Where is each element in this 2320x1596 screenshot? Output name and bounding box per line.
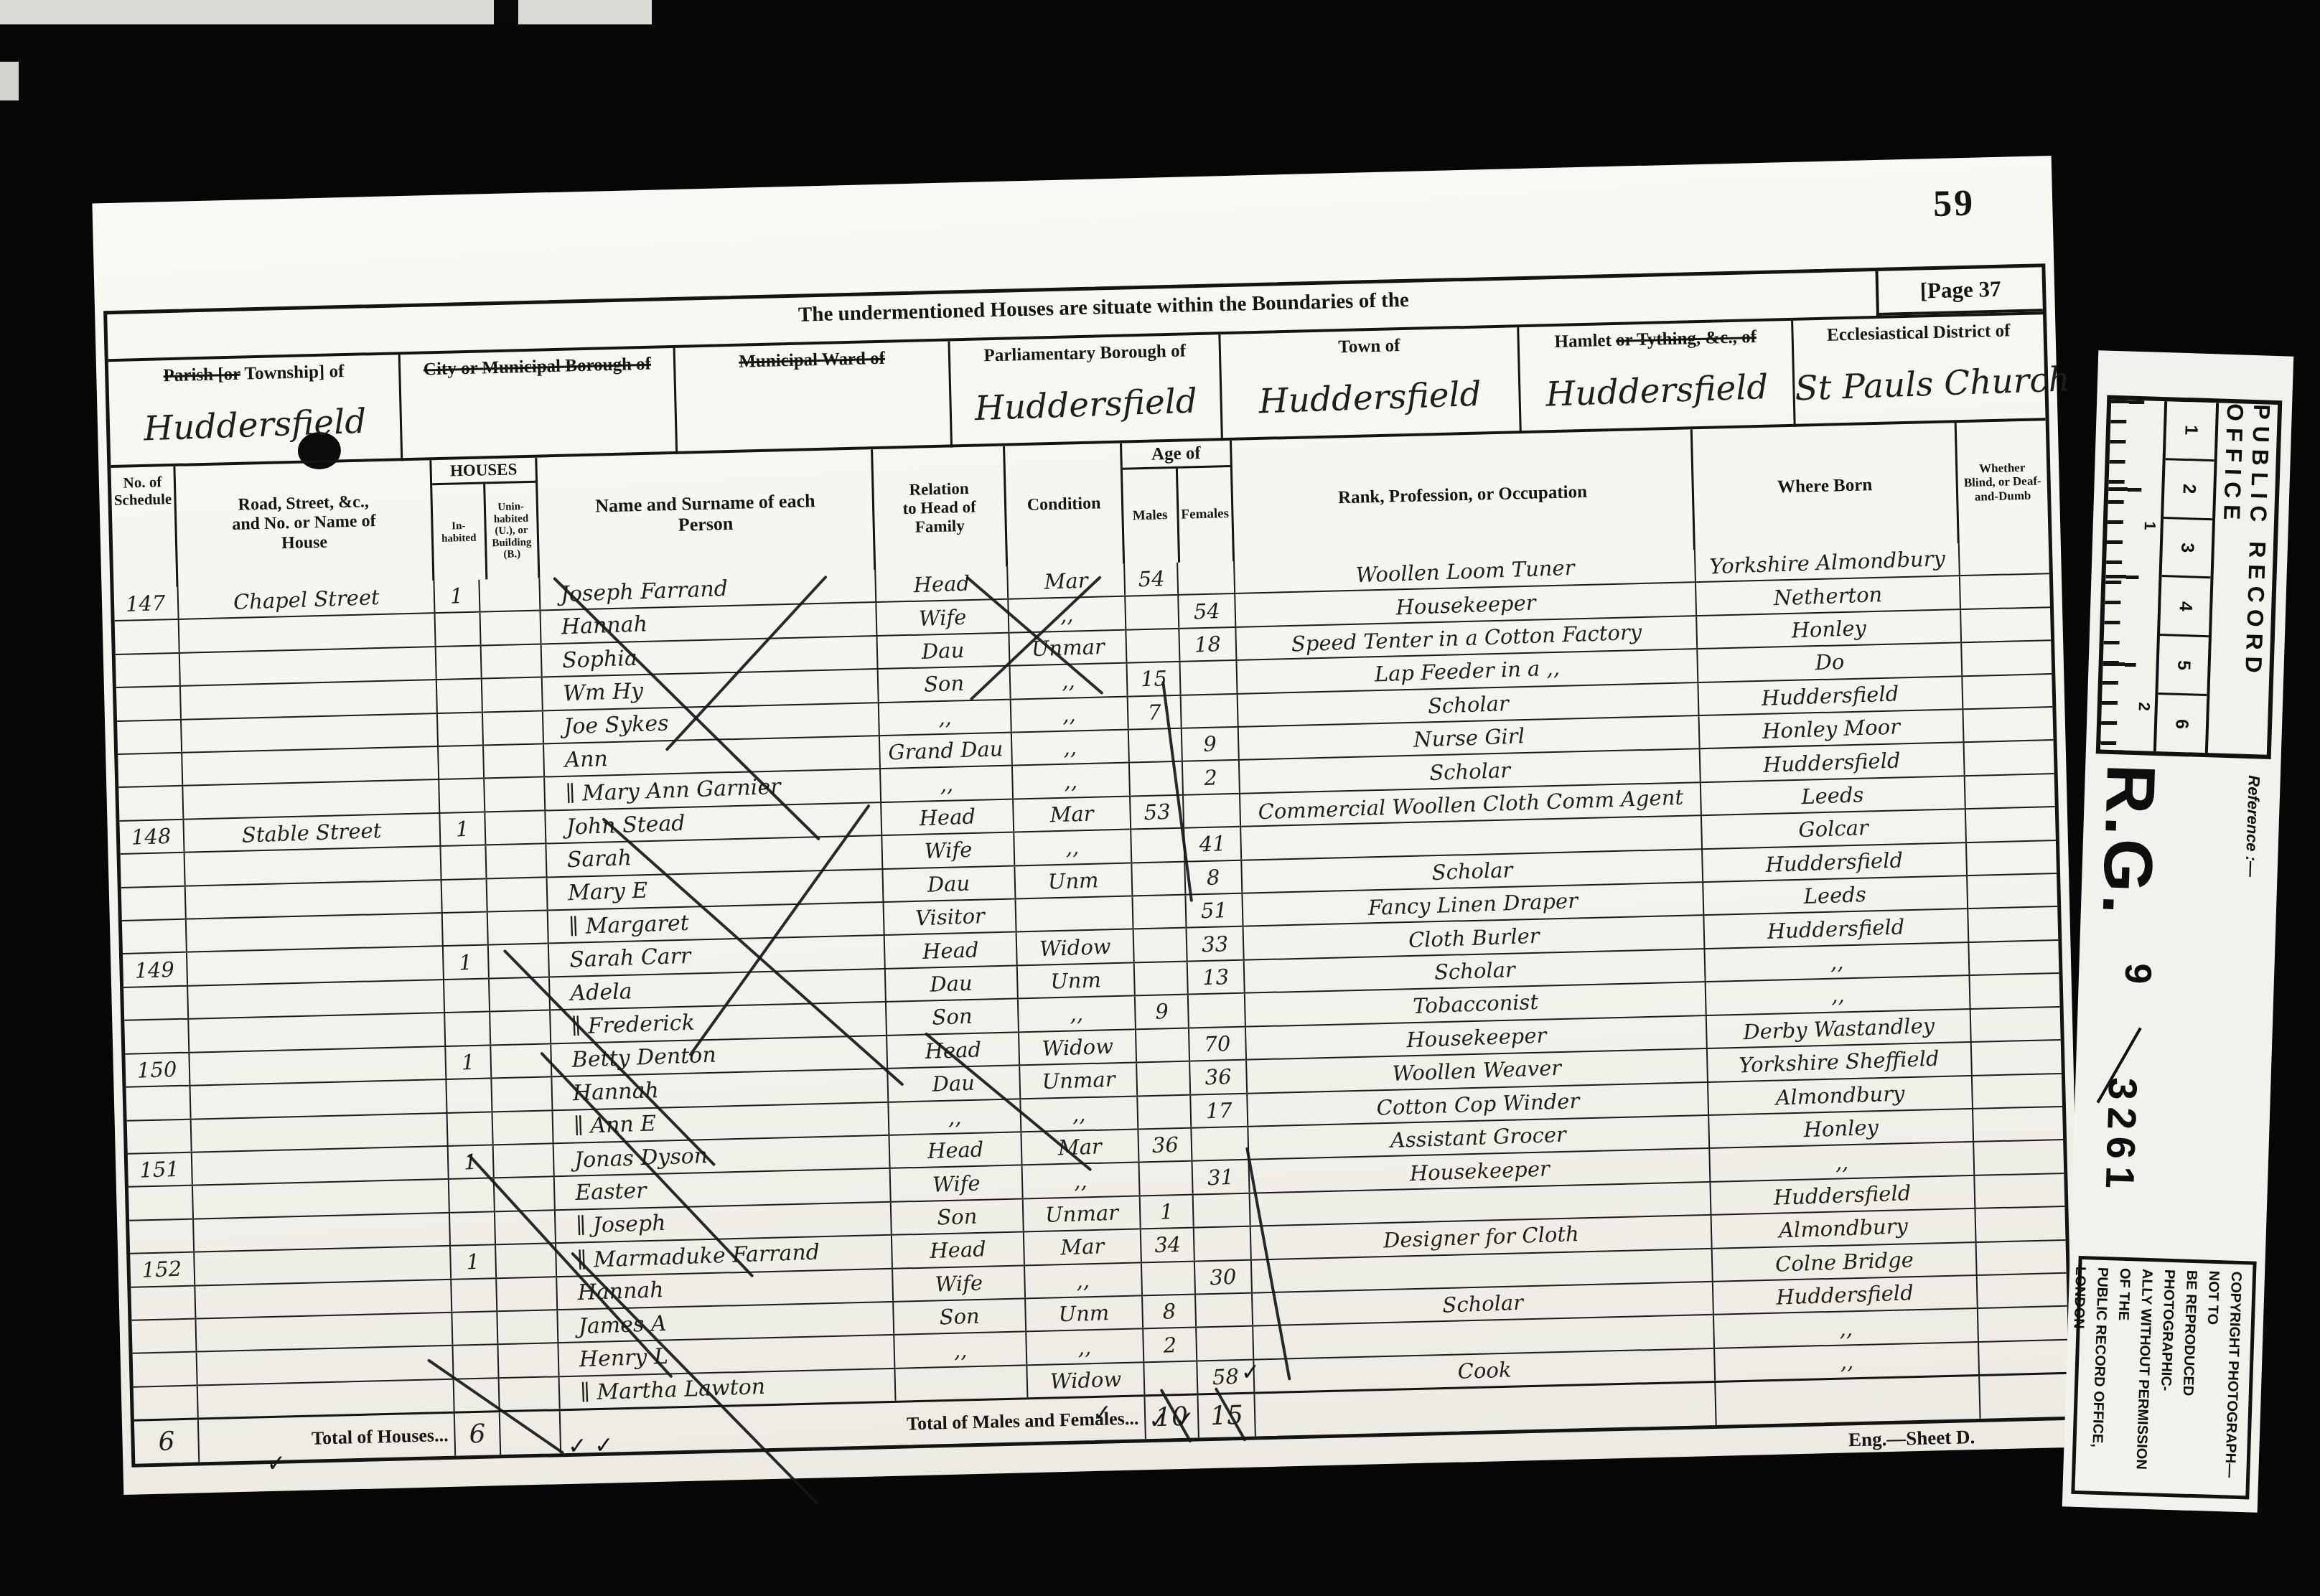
cell-uninhabited bbox=[494, 1144, 555, 1177]
ruler-cell: 4 bbox=[2160, 578, 2211, 638]
cell-schedule bbox=[118, 754, 183, 787]
cell-where_born: Huddersfield bbox=[1713, 1276, 1978, 1314]
totals-blank-occ bbox=[1255, 1383, 1716, 1437]
book-edge-gap bbox=[494, 0, 518, 24]
cell-inhabited: 1 bbox=[451, 1245, 497, 1278]
cell-inhabited: 1 bbox=[440, 812, 486, 845]
cell-where_born: Almondbury bbox=[1708, 1076, 1973, 1114]
cell-where_born: Honley bbox=[1709, 1109, 1974, 1147]
cell-infirm bbox=[1970, 974, 2060, 1008]
pro-office-title: PUBLIC RECORD OFFICE bbox=[2208, 403, 2278, 754]
cell-age_male: 1 bbox=[1141, 1195, 1194, 1228]
check-mark: ✓ bbox=[1240, 1358, 1260, 1386]
ruler-cell: 1 bbox=[2166, 401, 2217, 461]
cell-where_born: ,, bbox=[1714, 1309, 1979, 1347]
cell-age_male bbox=[1126, 629, 1180, 662]
cell-road bbox=[189, 1013, 446, 1051]
cell-relation: Dau bbox=[877, 633, 1010, 668]
copyright-notice: COPYRIGHT PHOTOGRAPH—NOT TOBE REPRODUCED… bbox=[2071, 1256, 2256, 1500]
cell-relation: Head bbox=[885, 933, 1018, 968]
header-relation: Relation to Head of Family bbox=[873, 446, 1008, 570]
cell-uninhabited bbox=[489, 944, 550, 977]
cell-condition: ,, bbox=[1011, 664, 1128, 698]
cell-infirm bbox=[1978, 1307, 2068, 1341]
location-value bbox=[676, 388, 949, 397]
location-value: Huddersfield bbox=[1520, 367, 1794, 416]
cell-age_female: 8 bbox=[1185, 860, 1243, 893]
cell-uninhabited bbox=[490, 1011, 551, 1044]
header-uninhabited: Unin- habited (U.), or Building (B.) bbox=[483, 483, 538, 580]
ruler-ticks: 12 bbox=[2100, 400, 2167, 751]
cell-schedule bbox=[133, 1353, 198, 1386]
cell-uninhabited bbox=[492, 1077, 553, 1110]
cell-condition: ,, bbox=[1013, 764, 1131, 798]
location-cell-5: Town ofHuddersfield bbox=[1219, 327, 1520, 441]
cell-uninhabited bbox=[485, 778, 546, 811]
cell-where_born: Leeds bbox=[1703, 876, 1968, 914]
cell-age_male bbox=[1133, 896, 1187, 929]
cell-schedule bbox=[124, 1020, 190, 1053]
header-age-group: Age of Males Females bbox=[1122, 441, 1235, 564]
cell-schedule bbox=[134, 1386, 199, 1419]
cell-uninhabited bbox=[482, 678, 543, 711]
cell-road bbox=[187, 947, 444, 985]
cell-inhabited bbox=[452, 1279, 497, 1312]
cell-inhabited bbox=[446, 1079, 492, 1112]
cell-age_female bbox=[1194, 1227, 1252, 1260]
cell-schedule bbox=[117, 720, 182, 754]
cell-road bbox=[191, 1080, 448, 1118]
cell-age_female: 41 bbox=[1184, 827, 1242, 860]
cell-age_male bbox=[1132, 862, 1186, 895]
copyright-line: COPYRIGHT PHOTOGRAPH—NOT TO bbox=[2196, 1270, 2247, 1488]
cell-where_born: Colne Bridge bbox=[1713, 1242, 1978, 1280]
cell-age_female bbox=[1194, 1193, 1251, 1226]
cell-schedule bbox=[116, 687, 182, 720]
cell-relation: Son bbox=[894, 1299, 1026, 1334]
cell-where_born: Derby Wastandley bbox=[1707, 1010, 1972, 1048]
location-value: St Pauls Church bbox=[1795, 360, 2045, 408]
cell-road bbox=[190, 1047, 446, 1085]
cell-inhabited bbox=[439, 779, 485, 812]
cell-age_female bbox=[1180, 661, 1238, 694]
ruler-cell: 3 bbox=[2161, 519, 2212, 579]
cell-road bbox=[187, 914, 444, 952]
location-cell-1: Parish [or Township] ofHuddersfield bbox=[108, 355, 401, 468]
cell-uninhabited bbox=[488, 911, 549, 944]
cell-age_female: 18 bbox=[1179, 628, 1237, 661]
cell-where_born: Honley bbox=[1697, 610, 1962, 648]
cell-uninhabited bbox=[493, 1111, 554, 1144]
cell-road bbox=[180, 647, 437, 685]
cell-uninhabited bbox=[485, 811, 546, 844]
location-value: Huddersfield bbox=[951, 380, 1221, 429]
cell-inhabited bbox=[436, 646, 482, 679]
cell-infirm bbox=[1977, 1240, 2067, 1274]
location-label: Ecclesiastical District of bbox=[1794, 320, 2044, 347]
ruler-cell: 6 bbox=[2156, 695, 2207, 753]
cell-age_female bbox=[1182, 694, 1239, 727]
cell-age_female bbox=[1178, 561, 1235, 594]
cell-where_born: Netherton bbox=[1696, 577, 1961, 615]
cell-condition: Unm bbox=[1018, 963, 1136, 997]
location-value: Huddersfield bbox=[1222, 373, 1519, 423]
cell-where_born: ,, bbox=[1705, 943, 1970, 981]
cell-where_born: Huddersfield bbox=[1701, 743, 1965, 781]
cell-condition: Unmar bbox=[1024, 1196, 1141, 1231]
census-rows: 147Chapel Street1Joseph FarrandHeadMar54… bbox=[114, 541, 2069, 1419]
header-condition: Condition bbox=[1005, 443, 1125, 567]
cell-age_male bbox=[1134, 929, 1188, 962]
cell-age_male bbox=[1138, 1095, 1192, 1128]
cell-road bbox=[188, 980, 445, 1018]
cell-schedule bbox=[131, 1286, 196, 1320]
cell-age_female: 54 bbox=[1179, 594, 1236, 627]
cell-age_female: 31 bbox=[1192, 1160, 1250, 1193]
cell-age_female: 17 bbox=[1191, 1094, 1248, 1127]
cell-infirm bbox=[1968, 874, 2057, 908]
cell-relation: Head bbox=[881, 799, 1014, 835]
cell-uninhabited bbox=[482, 644, 543, 677]
cell-uninhabited bbox=[500, 1377, 561, 1410]
cell-relation: Wife bbox=[876, 600, 1009, 635]
cell-road bbox=[186, 881, 443, 919]
cell-relation: Visitor bbox=[884, 900, 1017, 935]
header-houses: HOUSES bbox=[431, 458, 535, 486]
cell-age_male: 36 bbox=[1138, 1128, 1192, 1161]
cell-age_female: 30 bbox=[1195, 1260, 1253, 1293]
header-females: Females bbox=[1175, 467, 1232, 563]
cell-where_born: Huddersfield bbox=[1703, 843, 1968, 881]
cell-infirm bbox=[1963, 675, 2052, 708]
cell-age_male: 2 bbox=[1143, 1328, 1197, 1361]
cell-inhabited: 1 bbox=[444, 946, 490, 979]
cell-infirm bbox=[1961, 608, 2051, 642]
cell-age_male bbox=[1131, 829, 1185, 862]
cell-inhabited bbox=[441, 846, 487, 879]
inch-number: 2 bbox=[2135, 702, 2153, 711]
cell-relation: Head bbox=[889, 1132, 1022, 1168]
cell-relation: Wife bbox=[882, 833, 1015, 868]
cell-inhabited bbox=[437, 680, 483, 713]
cell-relation: Wife bbox=[893, 1266, 1026, 1301]
cell-where_born: Do bbox=[1698, 643, 1963, 681]
cell-infirm bbox=[1978, 1274, 2067, 1308]
location-cell-2: City or Municipal Borough of bbox=[398, 348, 675, 461]
header-road: Road, Street, &c., and No. or Name of Ho… bbox=[175, 460, 434, 587]
location-cell-3: Municipal Ward of bbox=[673, 342, 950, 454]
location-label: Parish [or Township] of bbox=[108, 360, 399, 388]
cell-where_born: Almondbury bbox=[1712, 1209, 1977, 1247]
cell-condition: Widow bbox=[1019, 1030, 1137, 1064]
header-inhabited: In- habited bbox=[432, 484, 485, 581]
cell-condition: Widow bbox=[1027, 1363, 1145, 1397]
cell-road bbox=[193, 1180, 450, 1218]
cell-where_born: ,, bbox=[1710, 1142, 1975, 1180]
cell-infirm bbox=[1975, 1207, 2065, 1241]
copyright-line: ALLY WITHOUT PERMISSION OF THE bbox=[2107, 1267, 2158, 1485]
cell-age_female: 33 bbox=[1187, 927, 1245, 960]
header-where-born: Where Born bbox=[1693, 423, 1960, 550]
cell-inhabited bbox=[443, 913, 489, 946]
cell-schedule bbox=[121, 853, 186, 887]
cell-age_female bbox=[1192, 1127, 1249, 1160]
cell-relation: ,, bbox=[894, 1333, 1027, 1368]
cell-infirm bbox=[1979, 1341, 2069, 1374]
cell-condition: Mar bbox=[1024, 1229, 1142, 1264]
cell-where_born: Honley Moor bbox=[1700, 710, 1965, 748]
cell-schedule: 152 bbox=[130, 1253, 195, 1287]
cell-where_born: Yorkshire Sheffield bbox=[1708, 1043, 1973, 1081]
cell-schedule: 147 bbox=[114, 587, 179, 621]
cell-schedule: 150 bbox=[125, 1053, 190, 1086]
cell-age_male: 54 bbox=[1125, 563, 1179, 596]
cell-road: Chapel Street bbox=[179, 581, 436, 619]
location-value bbox=[402, 394, 675, 403]
cell-relation: Son bbox=[887, 1000, 1019, 1035]
cell-inhabited bbox=[452, 1312, 498, 1345]
cell-age_female: 70 bbox=[1189, 1027, 1247, 1060]
totals-females-count: 15 bbox=[1198, 1394, 1255, 1438]
cell-uninhabited bbox=[497, 1277, 558, 1310]
piece-number: 9 bbox=[2116, 962, 2160, 985]
cell-age_male bbox=[1142, 1262, 1196, 1295]
cell-age_female: 2 bbox=[1183, 761, 1240, 794]
cell-age_male bbox=[1129, 729, 1183, 762]
cell-inhabited bbox=[453, 1346, 499, 1379]
cell-condition: Mar bbox=[1008, 564, 1126, 598]
cell-inhabited bbox=[448, 1112, 494, 1145]
cell-road bbox=[179, 614, 436, 652]
cell-where_born: Huddersfield bbox=[1698, 677, 1963, 715]
cell-schedule: 149 bbox=[123, 953, 188, 987]
item-number: 3261 bbox=[2096, 1077, 2146, 1197]
cell-road bbox=[197, 1346, 454, 1384]
cell-schedule bbox=[131, 1319, 197, 1353]
cell-condition: ,, bbox=[1019, 997, 1136, 1031]
cell-where_born: Leeds bbox=[1701, 776, 1966, 815]
cell-where_born: Golcar bbox=[1702, 809, 1967, 848]
cell-condition: ,, bbox=[1014, 830, 1132, 865]
cell-age_male bbox=[1135, 962, 1189, 995]
totals-blank-wb bbox=[1716, 1376, 1980, 1425]
cell-infirm bbox=[1967, 841, 2057, 875]
cell-infirm bbox=[1973, 1074, 2062, 1107]
sheet-footer: Eng.—Sheet D. bbox=[1848, 1426, 1975, 1451]
cell-relation: Son bbox=[892, 1199, 1024, 1234]
pro-reference-strip: 12 123456 PUBLIC RECORD OFFICE Reference… bbox=[2062, 350, 2294, 1513]
cell-road bbox=[181, 680, 438, 718]
cell-age_female: 51 bbox=[1186, 894, 1243, 927]
check-mark: ✓ bbox=[1093, 1399, 1113, 1427]
cell-uninhabited bbox=[484, 744, 545, 777]
pro-ruler-card: 12 123456 PUBLIC RECORD OFFICE bbox=[2096, 395, 2283, 759]
cell-age_female: 9 bbox=[1182, 728, 1240, 761]
cell-condition: ,, bbox=[1025, 1263, 1143, 1297]
cell-road bbox=[182, 747, 439, 785]
cell-road bbox=[194, 1214, 451, 1252]
total-of-houses-label: Total of Houses... bbox=[199, 1414, 456, 1463]
cell-condition: Unm bbox=[1015, 863, 1133, 898]
cell-age_female bbox=[1184, 794, 1241, 827]
cell-schedule: 148 bbox=[119, 820, 184, 854]
location-cell-4: Parliamentary Borough ofHuddersfield bbox=[948, 334, 1222, 447]
location-value: Huddersfield bbox=[109, 400, 401, 450]
cell-age_male bbox=[1126, 596, 1179, 629]
cell-inhabited bbox=[439, 746, 485, 779]
cell-age_male bbox=[1137, 1062, 1191, 1095]
location-label: Town of bbox=[1221, 333, 1517, 361]
cell-age_female bbox=[1196, 1294, 1253, 1327]
totals-schedule-count: 6 bbox=[134, 1419, 200, 1463]
cell-schedule bbox=[116, 654, 181, 687]
cell-infirm bbox=[1965, 774, 2055, 808]
header-males: Males bbox=[1123, 469, 1178, 564]
cell-schedule bbox=[121, 886, 187, 920]
cell-schedule bbox=[126, 1086, 192, 1120]
ruler-cell: 5 bbox=[2158, 636, 2209, 696]
cell-age_male bbox=[1140, 1162, 1194, 1195]
cell-uninhabited bbox=[480, 578, 541, 611]
cell-infirm bbox=[1974, 1140, 2064, 1174]
cell-age_male: 8 bbox=[1143, 1295, 1197, 1328]
cell-age_male bbox=[1144, 1361, 1198, 1394]
cell-relation: Head bbox=[887, 1033, 1020, 1068]
cell-road bbox=[192, 1147, 449, 1185]
cell-infirm bbox=[1960, 575, 2050, 609]
cell-relation bbox=[895, 1366, 1028, 1401]
cell-where_born: Yorkshire Almondbury bbox=[1695, 543, 1960, 581]
totals-blank-infirm bbox=[1980, 1374, 2069, 1419]
cell-inhabited bbox=[444, 979, 490, 1012]
cell-relation: Dau bbox=[886, 966, 1019, 1001]
cell-age_male: 15 bbox=[1128, 662, 1182, 695]
cell-relation: ,, bbox=[889, 1099, 1021, 1135]
cell-schedule bbox=[115, 620, 180, 654]
check-mark: ✓ ✓ bbox=[1149, 1406, 1195, 1435]
cell-condition: Widow bbox=[1017, 930, 1135, 964]
cell-relation: Dau bbox=[883, 866, 1016, 901]
census-table-frame: [Page 37 The undermentioned Houses are s… bbox=[103, 263, 2074, 1468]
cell-condition: Unm bbox=[1026, 1296, 1143, 1330]
check-mark: ✓ ✓ bbox=[567, 1431, 614, 1460]
cell-age_male: 9 bbox=[1136, 995, 1189, 1028]
cell-age_female bbox=[1197, 1327, 1254, 1360]
cell-condition: Unmar bbox=[1020, 1064, 1138, 1098]
cell-road bbox=[195, 1280, 452, 1318]
location-cell-7: Ecclesiastical District ofSt Pauls Churc… bbox=[1792, 314, 2046, 427]
book-edge-sliver-top bbox=[0, 0, 652, 24]
cell-uninhabited bbox=[491, 1044, 552, 1077]
location-label: Hamlet or Tything, &c., of bbox=[1519, 327, 1792, 354]
cell-schedule: 151 bbox=[128, 1153, 193, 1187]
series-code: R.G. bbox=[2087, 763, 2171, 919]
cell-road bbox=[183, 780, 440, 818]
cell-relation: ,, bbox=[879, 700, 1012, 735]
folio-number: 59 bbox=[1932, 182, 1975, 225]
cell-infirm bbox=[1963, 708, 2053, 741]
header-infirm: Whether Blind, or Deaf- and-Dumb bbox=[1957, 421, 2049, 543]
header-houses-group: HOUSES In- habited Unin- habited (U.), o… bbox=[431, 458, 540, 581]
cell-infirm bbox=[1962, 641, 2052, 675]
cell-uninhabited bbox=[497, 1310, 558, 1343]
cell-infirm bbox=[1975, 1174, 2064, 1208]
cell-uninhabited bbox=[490, 977, 551, 1010]
header-name: Name and Surname of each Person bbox=[537, 449, 876, 578]
cell-inhabited bbox=[445, 1013, 491, 1046]
cell-where_born: Huddersfield bbox=[1711, 1176, 1975, 1214]
totals-houses-count: 6 bbox=[455, 1412, 501, 1456]
cell-schedule bbox=[123, 987, 189, 1020]
cell-where_born: ,, bbox=[1706, 976, 1971, 1014]
location-label: Municipal Ward of bbox=[675, 347, 948, 375]
inch-number: 1 bbox=[2141, 521, 2159, 530]
cell-relation: Head bbox=[892, 1232, 1025, 1267]
header-age: Age of bbox=[1122, 441, 1230, 470]
cell-inhabited bbox=[436, 613, 482, 646]
cell-infirm bbox=[1969, 941, 2059, 975]
cell-inhabited bbox=[442, 879, 488, 912]
cell-condition: ,, bbox=[1012, 731, 1130, 765]
cell-schedule bbox=[127, 1119, 192, 1153]
cell-schedule bbox=[128, 1186, 194, 1220]
cell-road bbox=[185, 847, 442, 885]
cell-infirm bbox=[1965, 741, 2054, 775]
cell-schedule bbox=[122, 920, 187, 954]
cell-inhabited bbox=[438, 713, 484, 746]
book-edge-sliver-left bbox=[0, 62, 19, 100]
cell-inhabited: 1 bbox=[434, 580, 480, 613]
ruler-cell: 2 bbox=[2164, 460, 2214, 520]
cell-uninhabited bbox=[496, 1244, 557, 1277]
cell-relation: Wife bbox=[891, 1166, 1024, 1201]
header-occupation: Rank, Profession, or Occupation bbox=[1232, 429, 1695, 561]
page-number-label: [Page 37 bbox=[1875, 267, 2042, 316]
cell-age_male bbox=[1136, 1028, 1190, 1061]
cell-road bbox=[182, 714, 439, 752]
cell-inhabited bbox=[449, 1179, 495, 1212]
cell-infirm bbox=[1972, 1041, 2062, 1074]
cell-condition: ,, bbox=[1026, 1330, 1144, 1364]
cell-infirm bbox=[1966, 807, 2056, 841]
cell-infirm bbox=[1968, 907, 2058, 941]
cell-relation: Son bbox=[879, 667, 1011, 702]
copyright-line: BE REPRODUCED PHOTOGRAPHIC- bbox=[2151, 1269, 2202, 1487]
cell-uninhabited bbox=[483, 711, 544, 744]
cell-road bbox=[196, 1313, 453, 1351]
cell-road bbox=[195, 1247, 452, 1285]
location-label: Parliamentary Borough of bbox=[950, 340, 1220, 367]
cell-age_male: 7 bbox=[1128, 695, 1182, 728]
cell-age_female: 36 bbox=[1190, 1061, 1248, 1094]
cell-uninhabited bbox=[486, 845, 547, 878]
cell-uninhabited bbox=[487, 878, 548, 911]
cell-infirm bbox=[1960, 541, 2049, 575]
cell-age_female: 13 bbox=[1188, 961, 1245, 994]
reference-label: Reference :— bbox=[2241, 775, 2263, 878]
cell-schedule bbox=[129, 1219, 195, 1253]
cell-inhabited bbox=[450, 1212, 496, 1245]
cell-road: Stable Street bbox=[184, 814, 441, 852]
cell-infirm bbox=[1973, 1107, 2063, 1141]
cell-condition: Mar bbox=[1014, 797, 1131, 831]
cell-inhabited: 1 bbox=[446, 1046, 492, 1079]
cell-schedule bbox=[118, 787, 184, 820]
cell-uninhabited bbox=[481, 611, 542, 644]
cell-condition bbox=[1016, 897, 1133, 931]
cell-condition: ,, bbox=[1023, 1163, 1141, 1198]
cell-uninhabited bbox=[498, 1344, 559, 1377]
